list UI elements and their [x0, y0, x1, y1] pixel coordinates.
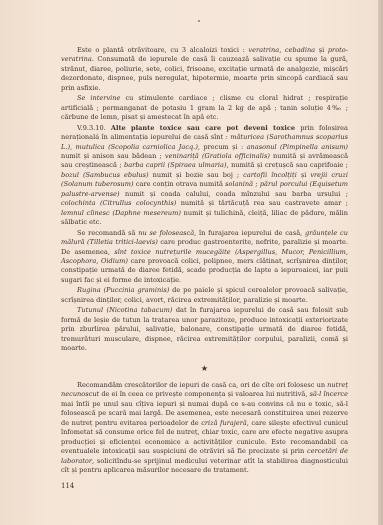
- paragraph-p3: V.9.3.10. Alte plante toxice sau care po…: [61, 124, 348, 228]
- section-separator: ★: [61, 364, 348, 373]
- page-number: 114: [61, 482, 74, 490]
- book-page: Este o plantă otrăvitoare, cu 3 alcaloiz…: [0, 0, 378, 525]
- paragraph-p1: Este o plantă otrăvitoare, cu 3 alcaloiz…: [61, 46, 348, 93]
- page-edge: [378, 0, 383, 525]
- paragraph-p6: Tutunul (Nicotina tabacum) dat în furaja…: [61, 306, 348, 353]
- paragraph-p2: Se intervine cu stimulente cardiace ; cl…: [61, 94, 348, 122]
- scan-speck: [198, 20, 200, 22]
- paragraph-p7: Recomandăm crescătorilor de iepuri de ca…: [61, 381, 348, 476]
- page-body: Este o plantă otrăvitoare, cu 3 alcaloiz…: [61, 46, 348, 475]
- paragraph-p4: Se recomandă să nu se folosească, în fur…: [61, 229, 348, 286]
- paragraph-p5: Rugina (Puccinia graminis) de pe paiele …: [61, 286, 348, 305]
